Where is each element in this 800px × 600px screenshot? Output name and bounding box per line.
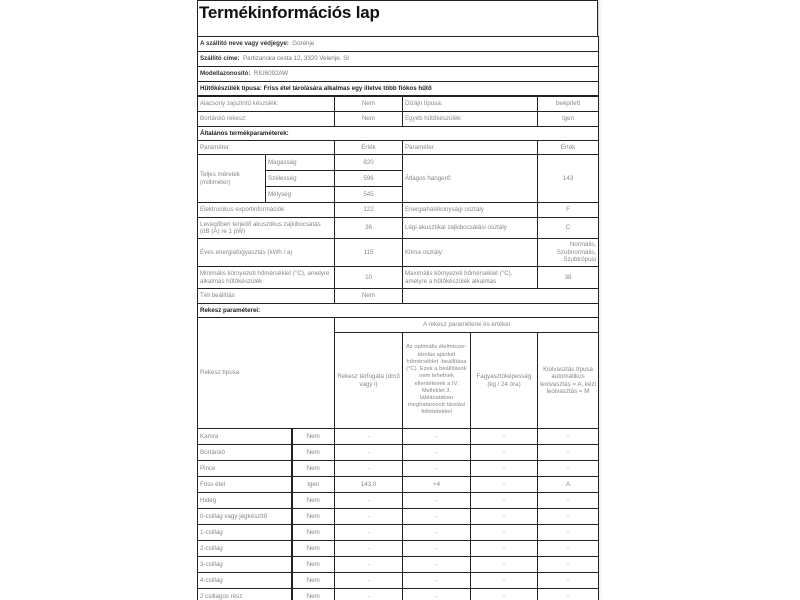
compartment-volume: -	[335, 493, 403, 509]
model-label: Modellazonosító:	[200, 70, 251, 77]
compartment-present: Nem	[292, 509, 335, 525]
energy-class-value: F	[538, 203, 599, 218]
height-label: Magasság	[266, 155, 335, 171]
compartment-row: 2 csillagos részNem----	[198, 589, 599, 600]
col-volume: Rekesz térfogata (dm3 vagy l)	[335, 333, 403, 429]
compartment-name: Pince	[198, 461, 292, 477]
compartment-volume: -	[335, 573, 403, 589]
low-noise-value: Nem	[335, 97, 403, 112]
appliance-type: Hűtőkészülék típusa: Friss étel tárolásá…	[198, 82, 599, 96]
general-heading: Általános termékparaméterek:	[198, 127, 599, 141]
col-temp: Az optimális élelmiszer-tárolás ajánlott…	[403, 333, 471, 429]
temp-row: Minimális környezeti hőmérséklet (°C), a…	[198, 267, 599, 289]
compartment-name: Kamra	[198, 429, 292, 445]
compartment-defrost: -	[538, 509, 599, 525]
compartment-present: Nem	[292, 589, 335, 600]
type-header: Rekesz típusa	[198, 318, 335, 429]
compartment-name: Bortároló	[198, 445, 292, 461]
noise-value: 36	[335, 218, 403, 239]
noise-class-label: Légi akusztikai zajkibocsátási osztály	[403, 218, 538, 239]
compartment-row: 2-csillagNem----	[198, 541, 599, 557]
compartment-table: Rekesz típusa A rekesz paraméterei és ér…	[197, 317, 599, 600]
compartment-row: PinceNem----	[198, 461, 599, 477]
max-temp-value: 38	[538, 267, 599, 289]
volume-value: 143	[538, 155, 599, 203]
compartment-volume: -	[335, 509, 403, 525]
compartment-name: 0-csillag vagy jégkészítő	[198, 509, 292, 525]
height-row: Teljes méretek (milliméter) Magasság 820…	[198, 155, 599, 171]
address-row: Szállító címe: Partizanska cesta 12, 332…	[198, 52, 599, 67]
compartment-row: KamraNem----	[198, 429, 599, 445]
compartment-defrost: -	[538, 541, 599, 557]
compartment-name: 1-csillag	[198, 525, 292, 541]
compartment-row: Friss ételIgen143,0+4-A	[198, 477, 599, 493]
product-info-sheet: Termékinformációs lap A szállító neve va…	[197, 0, 599, 600]
compartment-defrost: -	[538, 445, 599, 461]
compartment-volume: -	[335, 589, 403, 600]
compartment-freeze: -	[471, 525, 538, 541]
compartment-freeze: -	[471, 445, 538, 461]
compartment-row: HidegNem----	[198, 493, 599, 509]
compartment-freeze: -	[471, 477, 538, 493]
compartment-present: Nem	[292, 493, 335, 509]
col-freeze: Fagyasztóképesség (kg / 24 óra)	[471, 333, 538, 429]
winter-label: Téli beállítás	[198, 289, 335, 304]
compartment-name: 2-csillag	[198, 541, 292, 557]
supplier-row: A szállító neve vagy védjegye: Gorenje	[198, 37, 599, 52]
compartment-temp: -	[403, 445, 471, 461]
low-noise-label: Alacsony zajszintű készülék:	[198, 97, 335, 112]
compartment-freeze: -	[471, 509, 538, 525]
compartment-temp: +4	[403, 477, 471, 493]
compartment-rows: KamraNem----BortárolóNem----PinceNem----…	[198, 429, 599, 600]
compartment-temp: -	[403, 589, 471, 600]
compartment-name: 2 csillagos rész	[198, 589, 292, 600]
compartment-defrost: -	[538, 493, 599, 509]
compartment-freeze: -	[471, 541, 538, 557]
compartment-volume: -	[335, 429, 403, 445]
dims-label: Teljes méretek (milliméter)	[198, 155, 266, 203]
design-value: beépített	[538, 97, 599, 112]
col-value-1: Érték	[335, 141, 403, 155]
climate-label: Klíma osztály:	[403, 239, 538, 267]
compartment-row: 3-csillagNem----	[198, 557, 599, 573]
compartment-defrost: -	[538, 429, 599, 445]
annual-value: 115	[335, 239, 403, 267]
empty-cell	[403, 289, 599, 304]
export-row: Elektronikus exportinformációk 122 Energ…	[198, 203, 599, 218]
wine-row: Bortároló rekesz: Nem Egyéb hűtőkészülék…	[198, 112, 599, 127]
compartment-volume: -	[335, 525, 403, 541]
width-label: Szélesség	[266, 171, 335, 187]
volume-label: Átlagos hangerő:	[403, 155, 538, 203]
compartment-present: Nem	[292, 557, 335, 573]
compartment-name: 4-csillag	[198, 573, 292, 589]
compartment-freeze: -	[471, 573, 538, 589]
col-param-2: Paraméter	[403, 141, 538, 155]
compartment-present: Nem	[292, 461, 335, 477]
compartment-row: 1-csillagNem----	[198, 525, 599, 541]
compartment-row: 0-csillag vagy jégkészítőNem----	[198, 509, 599, 525]
compartment-name: Hideg	[198, 493, 292, 509]
export-value: 122	[335, 203, 403, 218]
compartment-defrost: -	[538, 573, 599, 589]
compartment-row: BortárolóNem----	[198, 445, 599, 461]
export-label: Elektronikus exportinformációk	[198, 203, 335, 218]
compartment-temp: -	[403, 509, 471, 525]
compartment-volume: -	[335, 541, 403, 557]
compartment-row: 4-csillagNem----	[198, 573, 599, 589]
compartment-defrost: -	[538, 589, 599, 600]
group-header: A rekesz paraméterei és értékei	[335, 318, 599, 333]
compartments-heading: Rekesz paraméterei:	[198, 304, 599, 318]
compartment-temp: -	[403, 493, 471, 509]
general-header-row: Paraméter Érték Paraméter Érték	[198, 141, 599, 155]
compartments-heading-row: Rekesz paraméterei:	[198, 304, 599, 318]
compartment-temp: -	[403, 429, 471, 445]
wine-label: Bortároló rekesz:	[198, 112, 335, 127]
compartment-present: Nem	[292, 429, 335, 445]
compartment-volume: 143,0	[335, 477, 403, 493]
annual-row: Éves energiafogyasztás (kWh / a) 115 Klí…	[198, 239, 599, 267]
low-noise-row: Alacsony zajszintű készülék: Nem Dizájn …	[198, 97, 599, 112]
compartment-freeze: -	[471, 429, 538, 445]
model-value: RIU6092AW	[254, 70, 288, 77]
compartment-freeze: -	[471, 493, 538, 509]
compartment-group-row: Rekesz típusa A rekesz paraméterei és ér…	[198, 318, 599, 333]
col-value-2: Érték	[538, 141, 599, 155]
compartment-present: Nem	[292, 573, 335, 589]
noise-label: Levegőben terjedő akusztikus zajkibocsát…	[198, 218, 335, 239]
address-value: Partizanska cesta 12, 3320 Velenje, SI	[243, 55, 349, 62]
other-value: Igen	[538, 112, 599, 127]
model-row: Modellazonosító: RIU6092AW	[198, 67, 599, 82]
compartment-temp: -	[403, 461, 471, 477]
col-defrost: Kiolvasztás típusa automatikus leolvaszt…	[538, 333, 599, 429]
min-temp-value: 10	[335, 267, 403, 289]
winter-value: Nem	[335, 289, 403, 304]
compartment-volume: -	[335, 445, 403, 461]
energy-class-label: Energiahatékonysági osztály	[403, 203, 538, 218]
page-title: Termékinformációs lap	[199, 3, 380, 23]
width-value: 596	[335, 171, 403, 187]
noise-class-value: C	[538, 218, 599, 239]
min-temp-label: Minimális környezeti hőmérséklet (°C), a…	[198, 267, 335, 289]
compartment-freeze: -	[471, 589, 538, 600]
supplier-label: A szállító neve vagy védjegye:	[200, 40, 289, 47]
compartment-defrost: A	[538, 477, 599, 493]
compartment-defrost: -	[538, 557, 599, 573]
general-table: Alacsony zajszintű készülék: Nem Dizájn …	[197, 96, 599, 318]
winter-row: Téli beállítás Nem	[198, 289, 599, 304]
depth-label: Mélység	[266, 187, 335, 203]
compartment-name: Friss étel	[198, 477, 292, 493]
compartment-present: Nem	[292, 525, 335, 541]
compartment-name: 3-csillag	[198, 557, 292, 573]
height-value: 820	[335, 155, 403, 171]
compartment-temp: -	[403, 573, 471, 589]
supplier-value: Gorenje	[292, 40, 314, 47]
compartment-volume: -	[335, 461, 403, 477]
design-label: Dizájn típusa:	[403, 97, 538, 112]
col-param-1: Paraméter	[198, 141, 335, 155]
wine-value: Nem	[335, 112, 403, 127]
compartment-defrost: -	[538, 525, 599, 541]
compartment-volume: -	[335, 557, 403, 573]
compartment-freeze: -	[471, 461, 538, 477]
annual-label: Éves energiafogyasztás (kWh / a)	[198, 239, 335, 267]
depth-value: 545	[335, 187, 403, 203]
compartment-present: Nem	[292, 541, 335, 557]
climate-value: Normális, Szubnormális, Szubtrópusi	[538, 239, 599, 267]
other-label: Egyéb hűtőkészülék:	[403, 112, 538, 127]
max-temp-label: Maximális környezeti hőmérséklet (°C), a…	[403, 267, 538, 289]
compartment-freeze: -	[471, 557, 538, 573]
compartment-temp: -	[403, 525, 471, 541]
compartment-temp: -	[403, 541, 471, 557]
compartment-present: Nem	[292, 445, 335, 461]
compartment-present: Igen	[292, 477, 335, 493]
compartment-temp: -	[403, 557, 471, 573]
supplier-table: A szállító neve vagy védjegye: Gorenje S…	[197, 36, 599, 96]
compartment-defrost: -	[538, 461, 599, 477]
address-label: Szállító címe:	[200, 55, 240, 62]
type-row: Hűtőkészülék típusa: Friss étel tárolásá…	[198, 82, 599, 96]
general-heading-row: Általános termékparaméterek:	[198, 127, 599, 141]
noise-row: Levegőben terjedő akusztikus zajkibocsát…	[198, 218, 599, 239]
